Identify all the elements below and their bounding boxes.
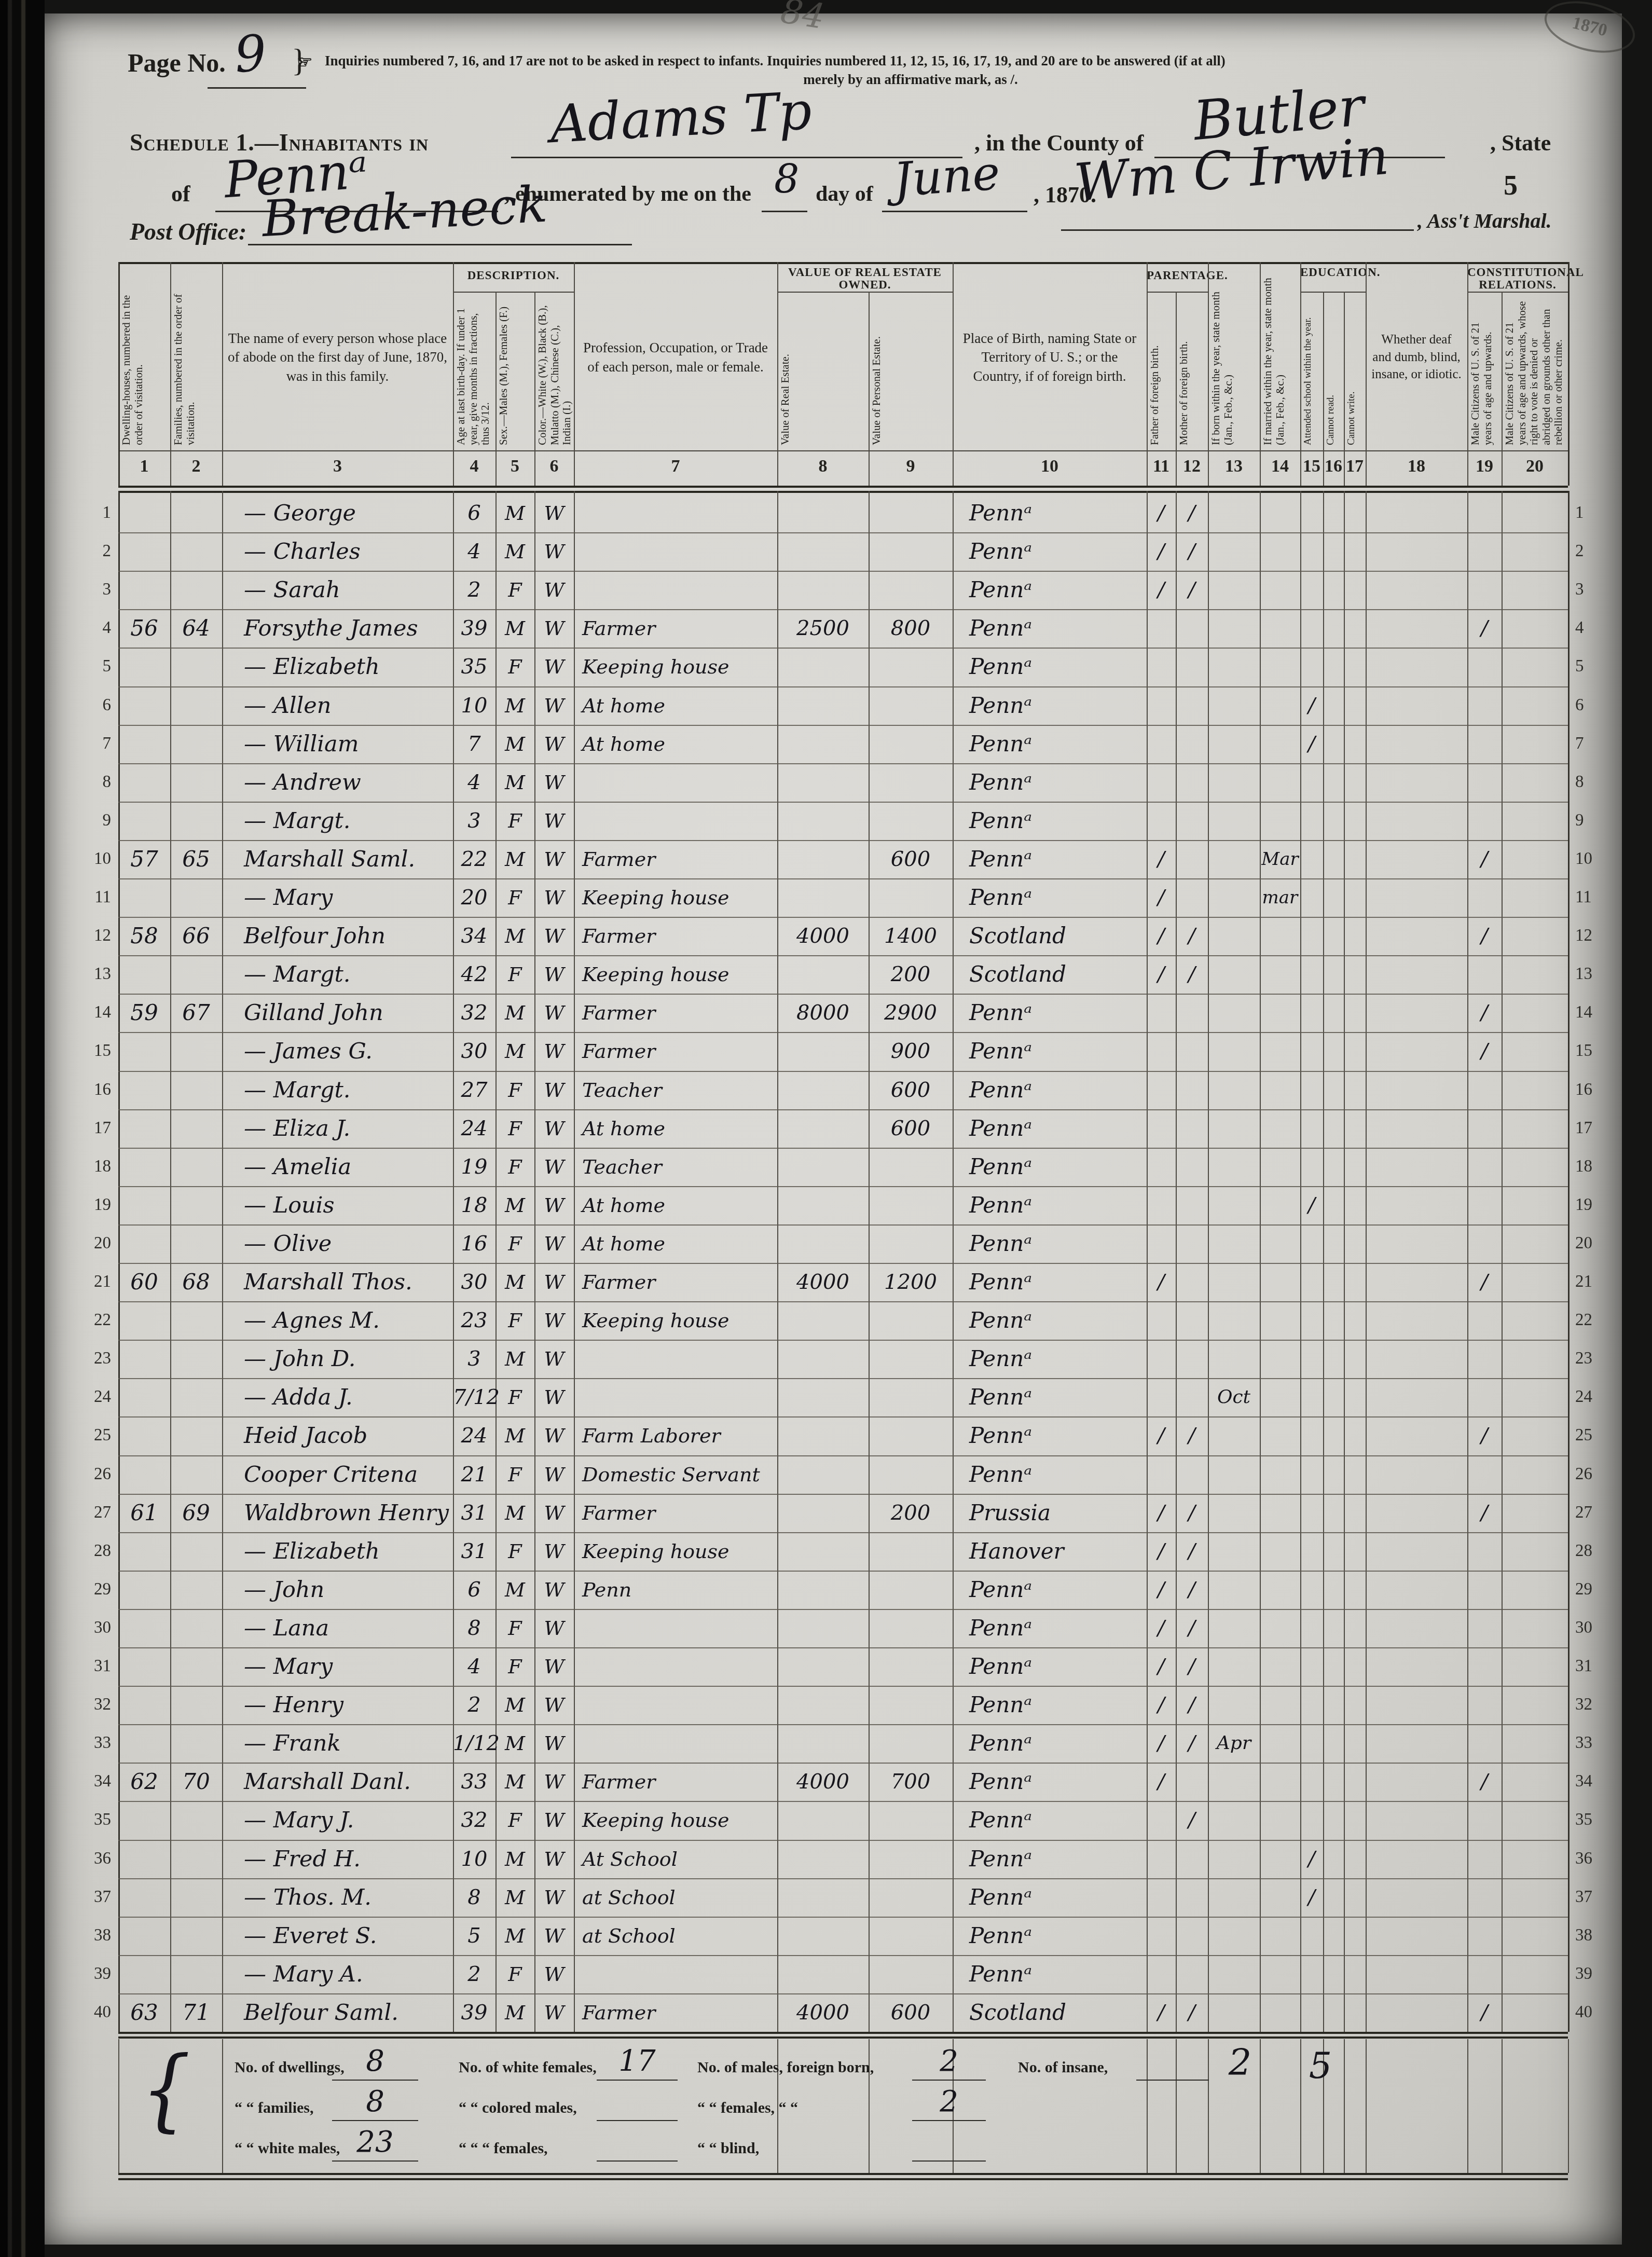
cell-color: W: [534, 494, 574, 532]
cell-real-estate: 4000: [777, 1993, 869, 2032]
cell-sex: F: [495, 1455, 534, 1494]
cell-name: — Elizabeth: [244, 1532, 451, 1571]
cell-sex: F: [495, 1801, 534, 1839]
cell-birthplace: Scotland: [969, 1993, 1146, 2032]
cell-male-citizen: /: [1467, 917, 1502, 955]
footer-value: 17: [597, 2044, 678, 2078]
column-header-20: Male Citizens of U. S. of 21 years of ag…: [1504, 298, 1566, 445]
cell-father-foreign: /: [1147, 1686, 1176, 1724]
stamp-text: 1870: [1570, 13, 1609, 40]
cell-birthplace: Pennᵃ: [969, 1340, 1146, 1378]
cell-name: Waldbrown Henry: [244, 1494, 451, 1532]
column-header-1: Dwelling-houses, numbered in the order o…: [120, 270, 168, 445]
cell-sex: M: [495, 840, 534, 878]
row-number-left: 8: [73, 773, 111, 792]
cell-birthplace: Pennᵃ: [969, 725, 1146, 763]
cell-dwelling: 57: [118, 840, 170, 878]
cell-father-foreign: /: [1147, 1993, 1176, 2032]
cell-sex: F: [495, 1609, 534, 1647]
cell-age: 35: [453, 648, 495, 686]
signature-underline: [1061, 229, 1414, 231]
number-row-rule-2: [118, 491, 1568, 493]
footer-vline-4: [1176, 2039, 1177, 2173]
row-number-right: 21: [1575, 1272, 1617, 1291]
page-no-underline: [208, 87, 306, 89]
cell-name: — Thos. M.: [244, 1878, 451, 1917]
cell-male-citizen: /: [1467, 1993, 1502, 2032]
cell-occupation: Keeping house: [582, 1301, 777, 1340]
cell-birthplace: Pennᵃ: [969, 686, 1146, 725]
footer-value-underline: [332, 2080, 418, 2081]
cell-color: W: [534, 1801, 574, 1839]
cell-birthplace: Pennᵃ: [969, 1109, 1146, 1148]
row-number-left: 18: [73, 1157, 111, 1176]
column-number-9: 9: [869, 457, 953, 476]
cell-birthplace: Prussia: [969, 1494, 1146, 1532]
cell-age: 39: [453, 609, 495, 648]
cell-color: W: [534, 994, 574, 1032]
footer-vline-11: [1467, 2039, 1468, 2173]
cell-color: W: [534, 1032, 574, 1070]
cell-occupation: Teacher: [582, 1148, 777, 1186]
column-number-1: 1: [118, 457, 170, 476]
cell-birthplace: Pennᵃ: [969, 609, 1146, 648]
cell-birthplace: Pennᵃ: [969, 1301, 1146, 1340]
cell-color: W: [534, 802, 574, 840]
cell-father-foreign: /: [1147, 917, 1176, 955]
cell-mother-foreign: /: [1176, 532, 1208, 571]
cell-male-citizen: /: [1467, 1263, 1502, 1301]
cell-birthplace: Pennᵃ: [969, 840, 1146, 878]
sheet-number: 5: [1504, 169, 1518, 201]
cell-father-foreign: /: [1147, 532, 1176, 571]
header-vline-2: [222, 262, 223, 486]
cell-color: W: [534, 1148, 574, 1186]
cell-color: W: [534, 763, 574, 802]
cell-name: — Adda J.: [244, 1378, 451, 1416]
cell-dwelling: 59: [118, 994, 170, 1032]
row-number-left: 4: [73, 618, 111, 638]
cell-age: 31: [453, 1494, 495, 1532]
cell-sex: F: [495, 1378, 534, 1416]
column-header-9: Value of Personal Estate.: [871, 298, 951, 445]
row-number-left: 20: [73, 1234, 111, 1253]
header-vline-14: [1300, 262, 1301, 486]
cell-occupation: at School: [582, 1878, 777, 1917]
cell-mother-foreign: /: [1176, 1993, 1208, 2032]
cell-age: 42: [453, 955, 495, 994]
footer-tally-school: 5: [1297, 2044, 1344, 2087]
cell-color: W: [534, 840, 574, 878]
cell-color: W: [534, 1263, 574, 1301]
cell-birthplace: Pennᵃ: [969, 1571, 1146, 1609]
cell-sex: M: [495, 725, 534, 763]
footer-label: “ “ blind,: [697, 2140, 759, 2157]
body-bottom-rule-1: [118, 2032, 1568, 2034]
cell-name: — Amelia: [244, 1148, 451, 1186]
row-number-left: 14: [73, 1003, 111, 1022]
cell-father-foreign: /: [1147, 1609, 1176, 1647]
cell-sex: M: [495, 686, 534, 725]
row-number-right: 17: [1575, 1119, 1617, 1138]
cell-birthplace: Pennᵃ: [969, 878, 1146, 917]
cell-color: W: [534, 1840, 574, 1878]
column-header-6: Color.—White (W.), Black (B.), Mulatto (…: [536, 298, 572, 445]
cell-name: — Eliza J.: [244, 1109, 451, 1148]
footer-value: 8: [332, 2085, 418, 2118]
cell-birthplace: Pennᵃ: [969, 1148, 1146, 1186]
cell-name: — Lana: [244, 1609, 451, 1647]
footer-tally-born: 2: [1214, 2041, 1266, 2084]
column-header-16: Cannot read.: [1325, 298, 1342, 445]
footer-bottom-rule-1: [118, 2173, 1568, 2175]
column-number-5: 5: [495, 457, 534, 476]
footer-value-underline: [912, 2080, 986, 2081]
cell-family: 70: [170, 1763, 222, 1801]
footer-label: “ “ families,: [235, 2099, 313, 2117]
cell-occupation: Farmer: [582, 1494, 777, 1532]
row-number-left: 7: [73, 734, 111, 753]
column-header-12: Mother of foreign birth.: [1178, 298, 1206, 445]
cell-birthplace: Pennᵃ: [969, 648, 1146, 686]
cell-age: 30: [453, 1263, 495, 1301]
cell-occupation: Farmer: [582, 994, 777, 1032]
row-number-left: 3: [73, 580, 111, 599]
cell-sex: F: [495, 648, 534, 686]
header-bottom-rule: [118, 450, 1568, 451]
cell-name: — Olive: [244, 1224, 451, 1263]
cell-color: W: [534, 1494, 574, 1532]
cell-mother-foreign: /: [1176, 1686, 1208, 1724]
footer-label: No. of males, foreign born,: [697, 2059, 874, 2076]
row-number-left: 23: [73, 1349, 111, 1368]
cell-age: 30: [453, 1032, 495, 1070]
cell-sex: F: [495, 1301, 534, 1340]
cell-attended-school: /: [1300, 1186, 1323, 1224]
cell-mother-foreign: /: [1176, 917, 1208, 955]
cell-male-citizen: /: [1467, 994, 1502, 1032]
pointing-hand-icon: ☞: [297, 52, 312, 73]
cell-sex: F: [495, 1532, 534, 1571]
row-number-right: 23: [1575, 1349, 1617, 1368]
row-number-left: 27: [73, 1503, 111, 1522]
header-vline-7: [777, 262, 778, 486]
row-number-right: 2: [1575, 542, 1617, 561]
cell-color: W: [534, 1416, 574, 1455]
row-number-left: 39: [73, 1964, 111, 1984]
column-number-10: 10: [953, 457, 1147, 476]
inquiries-note-line1: Inquiries numbered 7, 16, and 17 are not…: [325, 53, 1226, 69]
footer-insane-label: No. of insane,: [1018, 2059, 1108, 2076]
cell-sex: M: [495, 1494, 534, 1532]
cell-age: 4: [453, 532, 495, 571]
marshal-label: , Ass't Marshal.: [1417, 209, 1552, 233]
cell-birthplace: Pennᵃ: [969, 802, 1146, 840]
cell-age: 4: [453, 1647, 495, 1686]
cell-occupation: At home: [582, 1224, 777, 1263]
cell-sex: M: [495, 494, 534, 532]
row-number-left: 34: [73, 1772, 111, 1791]
cell-name: — Andrew: [244, 763, 451, 802]
cell-birthplace: Pennᵃ: [969, 1186, 1146, 1224]
cell-occupation: Farmer: [582, 917, 777, 955]
cell-occupation: Farmer: [582, 840, 777, 878]
footer-label: “ “ “ females,: [459, 2140, 548, 2157]
cell-birthplace: Pennᵃ: [969, 1917, 1146, 1955]
cell-dwelling: 61: [118, 1494, 170, 1532]
cell-personal-estate: 600: [869, 1993, 953, 2032]
cell-color: W: [534, 1455, 574, 1494]
footer-label: “ “ white males,: [235, 2140, 340, 2157]
row-number-left: 2: [73, 542, 111, 561]
row-number-right: 6: [1575, 696, 1617, 715]
cell-name: — John: [244, 1571, 451, 1609]
cell-occupation: Farmer: [582, 1993, 777, 2032]
cell-mother-foreign: /: [1176, 1494, 1208, 1532]
cell-birthplace: Pennᵃ: [969, 1955, 1146, 1993]
row-number-right: 22: [1575, 1311, 1617, 1330]
month-underline: [882, 211, 1027, 212]
cell-color: W: [534, 1993, 574, 2032]
cell-family: 67: [170, 994, 222, 1032]
row-number-right: 26: [1575, 1465, 1617, 1484]
row-number-right: 38: [1575, 1926, 1617, 1945]
group-header-real-estate: VALUE OF REAL ESTATE OWNED.: [777, 266, 953, 291]
header-vline-18: [1467, 262, 1468, 486]
cell-real-estate: 2500: [777, 609, 869, 648]
footer-vline-left-1: [222, 2039, 223, 2173]
cell-family: 64: [170, 609, 222, 648]
cell-dwelling: 63: [118, 1993, 170, 2032]
header-vline-1: [170, 262, 171, 486]
cell-family: 65: [170, 840, 222, 878]
group-header-description: DESCRIPTION.: [453, 269, 574, 282]
cell-name: Heid Jacob: [244, 1416, 451, 1455]
cell-occupation: Penn: [582, 1571, 777, 1609]
cell-name: Marshall Danl.: [244, 1763, 451, 1801]
footer-vline-9: [1344, 2039, 1345, 2173]
row-number-left: 36: [73, 1849, 111, 1868]
cell-occupation: Keeping house: [582, 1801, 777, 1839]
cell-sex: F: [495, 1148, 534, 1186]
cell-age: 19: [453, 1148, 495, 1186]
cell-birthplace: Pennᵃ: [969, 1878, 1146, 1917]
cell-sex: F: [495, 1071, 534, 1109]
footer-value: 8: [332, 2044, 418, 2078]
footer-vline-10: [1366, 2039, 1367, 2173]
cell-name: — Margt.: [244, 1071, 451, 1109]
cell-mother-foreign: /: [1176, 1609, 1208, 1647]
cell-color: W: [534, 648, 574, 686]
row-number-right: 32: [1575, 1695, 1617, 1714]
column-header-11: Father of foreign birth.: [1149, 298, 1174, 445]
column-number-13: 13: [1208, 457, 1260, 476]
cell-age: 6: [453, 494, 495, 532]
cell-age: 2: [453, 1686, 495, 1724]
cell-sex: M: [495, 1763, 534, 1801]
footer-value-underline: [912, 2120, 986, 2121]
cell-personal-estate: 600: [869, 840, 953, 878]
row-number-left: 11: [73, 888, 111, 907]
cell-color: W: [534, 917, 574, 955]
row-number-right: 39: [1575, 1964, 1617, 1984]
cell-born-month: Apr: [1208, 1724, 1260, 1763]
cell-occupation: Keeping house: [582, 1532, 777, 1571]
body-vline-20: [1568, 491, 1570, 2032]
footer-value-underline: [912, 2160, 986, 2162]
cell-sex: M: [495, 1917, 534, 1955]
cell-color: W: [534, 1724, 574, 1763]
cell-male-citizen: /: [1467, 840, 1502, 878]
row-number-right: 12: [1575, 926, 1617, 945]
row-number-left: 35: [73, 1810, 111, 1829]
row-number-right: 34: [1575, 1772, 1617, 1791]
cell-born-month: Oct: [1208, 1378, 1260, 1416]
cell-male-citizen: /: [1467, 1032, 1502, 1070]
row-number-right: 27: [1575, 1503, 1617, 1522]
row-number-right: 37: [1575, 1888, 1617, 1907]
cell-mother-foreign: /: [1176, 955, 1208, 994]
cell-mother-foreign: /: [1176, 571, 1208, 609]
cell-sex: F: [495, 878, 534, 917]
row-number-left: 12: [73, 926, 111, 945]
column-header-10: Place of Birth, naming State or Territor…: [958, 278, 1141, 437]
cell-name: — Fred H.: [244, 1840, 451, 1878]
row-number-right: 29: [1575, 1580, 1617, 1599]
row-number-right: 24: [1575, 1387, 1617, 1407]
column-header-5: Sex.—Males (M.), Females (F.): [498, 298, 532, 445]
footer-bottom-rule-2: [118, 2178, 1568, 2180]
column-number-17: 17: [1344, 457, 1366, 476]
column-header-4: Age at last birth-day. If under 1 year, …: [455, 298, 493, 445]
cell-name: — Allen: [244, 686, 451, 725]
cell-sex: F: [495, 1955, 534, 1993]
cell-name: — George: [244, 494, 451, 532]
cell-sex: F: [495, 1647, 534, 1686]
cell-real-estate: 8000: [777, 994, 869, 1032]
cell-name: — Mary: [244, 878, 451, 917]
group-underline-parentage: [1147, 292, 1208, 293]
footer-value-underline: [597, 2160, 678, 2162]
cell-father-foreign: /: [1147, 494, 1176, 532]
cell-father-foreign: /: [1147, 1647, 1176, 1686]
cell-name: Gilland John: [244, 994, 451, 1032]
cell-name: Belfour John: [244, 917, 451, 955]
cell-name: — James G.: [244, 1032, 451, 1070]
cell-sex: M: [495, 609, 534, 648]
footer-label: “ “ colored males,: [459, 2099, 577, 2117]
cell-occupation: Farm Laborer: [582, 1416, 777, 1455]
cell-color: W: [534, 1917, 574, 1955]
row-number-right: 36: [1575, 1849, 1617, 1868]
cell-color: W: [534, 532, 574, 571]
cell-name: — Elizabeth: [244, 648, 451, 686]
cell-father-foreign: /: [1147, 1263, 1176, 1301]
cell-father-foreign: /: [1147, 878, 1176, 917]
cell-birthplace: Pennᵃ: [969, 1724, 1146, 1763]
header-vline-10: [1147, 262, 1148, 486]
cell-personal-estate: 700: [869, 1763, 953, 1801]
cell-sex: M: [495, 1263, 534, 1301]
cell-color: W: [534, 1686, 574, 1724]
cell-age: 24: [453, 1109, 495, 1148]
group-header-parentage: PARENTAGE.: [1147, 269, 1208, 282]
cell-age: 31: [453, 1532, 495, 1571]
footer-vline-5: [1208, 2039, 1209, 2173]
row-number-left: 29: [73, 1580, 111, 1599]
cell-birthplace: Pennᵃ: [969, 1686, 1146, 1724]
footer-label: No. of white females,: [459, 2059, 597, 2076]
cell-male-citizen: /: [1467, 1494, 1502, 1532]
cell-family: 69: [170, 1494, 222, 1532]
cell-age: 7/12: [453, 1378, 495, 1416]
cell-color: W: [534, 1109, 574, 1148]
header-vline-9: [953, 262, 954, 486]
cell-sex: M: [495, 1571, 534, 1609]
cell-mother-foreign: /: [1176, 1416, 1208, 1455]
column-header-13: If born within the year, state month (Ja…: [1210, 270, 1258, 445]
cell-father-foreign: /: [1147, 840, 1176, 878]
row-number-right: 35: [1575, 1810, 1617, 1829]
row-number-left: 9: [73, 811, 111, 830]
day-of-label: day of: [816, 182, 873, 207]
cell-occupation: Farmer: [582, 1763, 777, 1801]
cell-color: W: [534, 1647, 574, 1686]
row-number-right: 16: [1575, 1080, 1617, 1099]
footer-value: 2: [912, 2085, 986, 2118]
group-underline-description: [453, 292, 574, 293]
cell-father-foreign: /: [1147, 955, 1176, 994]
cell-color: W: [534, 1532, 574, 1571]
cell-occupation: Farmer: [582, 1263, 777, 1301]
cell-sex: M: [495, 1840, 534, 1878]
cell-occupation: At home: [582, 725, 777, 763]
column-number-3: 3: [222, 457, 453, 476]
row-number-left: 22: [73, 1311, 111, 1330]
cell-personal-estate: 200: [869, 1494, 953, 1532]
cell-age: 39: [453, 1993, 495, 2032]
book-binding-edge: [0, 0, 45, 2257]
cell-birthplace: Scotland: [969, 917, 1146, 955]
cell-mother-foreign: /: [1176, 1647, 1208, 1686]
cell-family: 68: [170, 1263, 222, 1301]
cell-male-citizen: /: [1467, 1416, 1502, 1455]
row-number-right: 13: [1575, 965, 1617, 984]
cell-birthplace: Pennᵃ: [969, 1840, 1146, 1878]
column-number-2: 2: [170, 457, 222, 476]
cell-mother-foreign: /: [1176, 1571, 1208, 1609]
body-bottom-rule-2: [118, 2036, 1568, 2039]
cell-sex: F: [495, 571, 534, 609]
row-number-right: 14: [1575, 1003, 1617, 1022]
row-number-right: 5: [1575, 657, 1617, 676]
row-number-right: 30: [1575, 1618, 1617, 1637]
state-label: , State: [1490, 130, 1551, 156]
row-number-left: 30: [73, 1618, 111, 1637]
cell-birthplace: Pennᵃ: [969, 1416, 1146, 1455]
cell-name: — Margt.: [244, 955, 451, 994]
cell-personal-estate: 200: [869, 955, 953, 994]
cell-occupation: At School: [582, 1840, 777, 1878]
cell-age: 18: [453, 1186, 495, 1224]
cell-age: 23: [453, 1301, 495, 1340]
cell-age: 8: [453, 1609, 495, 1647]
footer-value: 23: [332, 2125, 418, 2159]
cell-color: W: [534, 1955, 574, 1993]
cell-name: Cooper Critena: [244, 1455, 451, 1494]
cell-mother-foreign: /: [1176, 1801, 1208, 1839]
cell-name: — Frank: [244, 1724, 451, 1763]
